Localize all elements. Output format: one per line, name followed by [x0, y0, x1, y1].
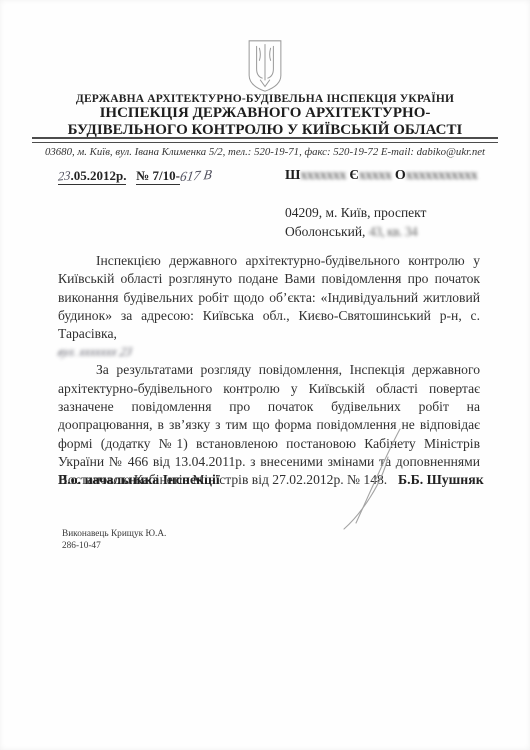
- letterhead-double-rule: [32, 137, 498, 143]
- signer-position-title: В.о. начальника Інспекції: [58, 472, 220, 488]
- agency-parent-name: ДЕРЖАВНА АРХІТЕКТУРНО-БУДІВЕЛЬНА ІНСПЕКЦ…: [30, 93, 500, 105]
- trident-shield-icon: [244, 38, 286, 94]
- addressee-address: 04209, м. Київ, проспект Оболонський, 43…: [285, 203, 485, 241]
- body-paragraph-2: За результатами розгляду повідомлення, І…: [58, 361, 480, 489]
- executor-name: Виконавець Крищук Ю.А.: [62, 528, 166, 540]
- date-handwritten: 23: [58, 168, 71, 184]
- executor-phone: 286-10-47: [62, 540, 166, 552]
- agency-contact-line: 03680, м. Київ, вул. Івана Клименка 5/2,…: [20, 146, 510, 158]
- addressee-address-street: Оболонський,: [285, 224, 369, 239]
- letter-body: Інспекцією державного архітектурно-будів…: [58, 252, 480, 490]
- outgoing-number-handwritten: 617 В: [179, 167, 213, 185]
- redacted-street-handwriting: вул. ххххххх 23: [56, 343, 481, 361]
- addressee-initial-3: О: [395, 168, 406, 183]
- executor-note: Виконавець Крищук Ю.А. 286-10-47: [62, 528, 166, 552]
- date-field: 23.05.2012р.: [58, 168, 126, 185]
- ukraine-trident-emblem: [244, 38, 286, 99]
- addressee-address-redacted: 43, кв. 34: [369, 224, 417, 239]
- reference-row: 23.05.2012р. № 7/10-617 В: [58, 168, 212, 184]
- date-printed: .05.2012р.: [71, 168, 127, 183]
- addressee-initial-1: Ш: [285, 168, 300, 183]
- addressee-name: Шххххххх Єххххх Оххххххххххх: [285, 168, 477, 184]
- addressee-redacted-2: ххххх: [359, 168, 392, 183]
- scanned-letter-page: ДЕРЖАВНА АРХІТЕКТУРНО-БУДІВЕЛЬНА ІНСПЕКЦ…: [0, 0, 530, 750]
- addressee-redacted-3: ххххххххххх: [406, 168, 478, 183]
- ref-spacer: [130, 168, 133, 183]
- addressee-redacted-1: ххххххх: [300, 168, 346, 183]
- agency-name: ІНСПЕКЦІЯ ДЕРЖАВНОГО АРХІТЕКТУРНО-БУДІВЕ…: [55, 105, 475, 138]
- addressee-initial-2: Є: [349, 168, 359, 183]
- signer-name: Б.Б. Шушняк: [398, 472, 484, 488]
- addressee-address-line2: Оболонський, 43, кв. 34: [285, 222, 485, 241]
- outgoing-number-printed: № 7/10-: [136, 168, 180, 185]
- addressee-address-line1: 04209, м. Київ, проспект: [285, 203, 485, 222]
- body-paragraph-1: Інспекцією державного архітектурно-будів…: [58, 252, 480, 343]
